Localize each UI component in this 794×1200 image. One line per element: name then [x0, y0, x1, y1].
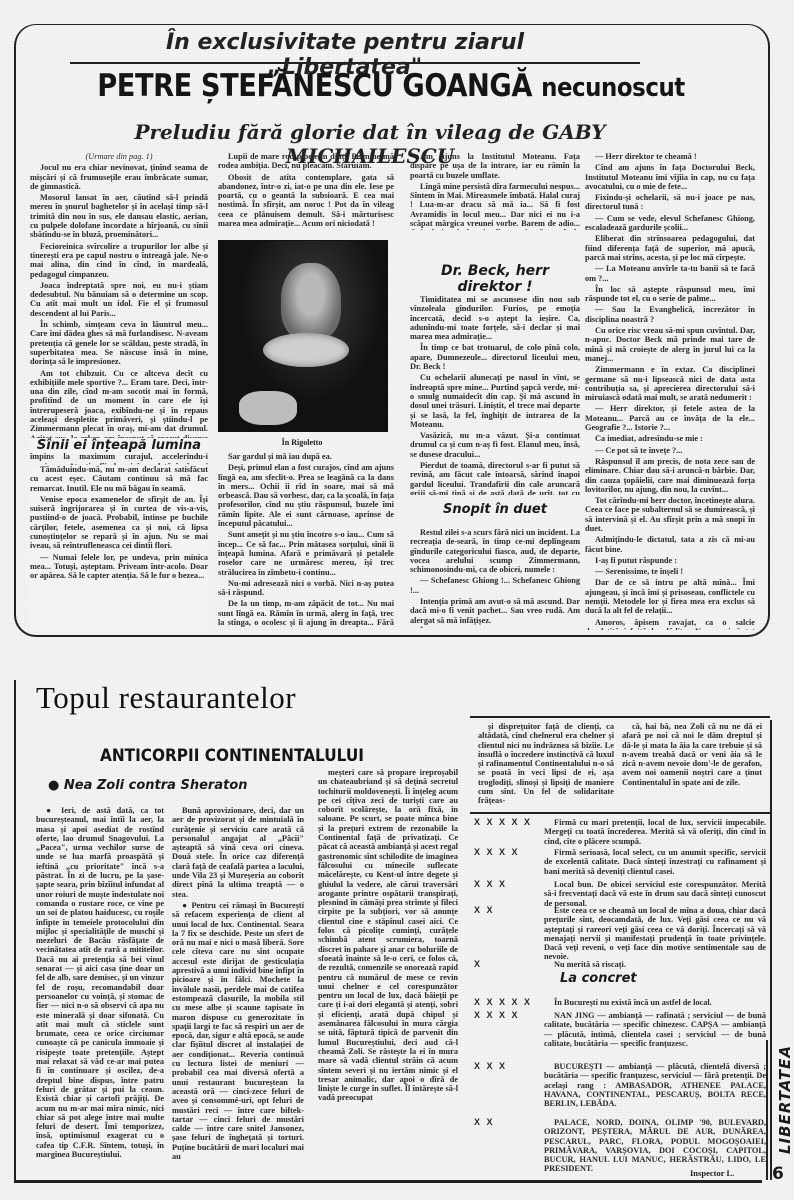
rating-stars: X X X X X [474, 998, 544, 1007]
section-subhead: La concret [560, 971, 637, 986]
restaurant-rating-row: X X PALACE, NORD, DOINA, OLIMP '90, BULE… [474, 1118, 766, 1174]
article-column-1: ● Ieri, de astă dată, ca tot bucureștean… [36, 806, 164, 1176]
paragraph: De la un timp, m-am zăpăcit de tot... Nu… [218, 599, 394, 628]
paragraph: Zimmermann e în extaz. Ca disciplinei ge… [585, 365, 755, 402]
rating-stars: X X [474, 906, 544, 962]
divider [470, 812, 770, 814]
page-number: 6 [772, 1164, 784, 1184]
restaurant-rating-row: X X X X X În București nu există încă un… [474, 998, 766, 1007]
article-headline: PETRE ȘTEFĂNESCU GOANGĂ necunoscut [97, 68, 643, 104]
headline-main: PETRE ȘTEFĂNESCU GOANGĂ [97, 68, 532, 104]
rating-stars: X [474, 960, 544, 969]
bullet-icon: ● [48, 778, 59, 793]
paragraph: Admițîndu-le dictatul, tata a zis că mi-… [585, 535, 755, 554]
paragraph: — La Moteanu anvîrle ta-tu banii să te f… [585, 264, 755, 283]
paragraph: În capul scării, fidelul simbetelor mele… [410, 627, 580, 628]
article-column-4: — Herr direktor te cheamă ! Cînd am ajun… [585, 152, 755, 630]
rating-stars: X X X X [474, 1011, 544, 1048]
rating-legend-row: X X X Local bun. De obicei serviciul est… [474, 880, 766, 908]
paragraph: Lupii de mare rod pipele în dinți. Pe mi… [218, 152, 394, 171]
paragraph: Restul zilei s-a scurs fără nici un inci… [410, 528, 580, 574]
article-column-3: meșteri care să propare ireproșabil un c… [318, 768, 458, 1176]
paragraph: Tot cărîndu-mi herr doctor, încetinește … [585, 496, 755, 533]
photo-face [281, 263, 341, 341]
kicker-text: Nea Zoli contra Sheraton [64, 778, 248, 793]
paragraph: — Herr direktor, și fetele astea de la M… [585, 404, 755, 432]
paragraph: Am ajuns la Institutul Moteanu. Fața dis… [410, 152, 580, 180]
paragraph: Jocul nu era chiar nevinovat, ținînd sea… [30, 163, 208, 191]
portrait-photo [218, 240, 388, 432]
article-column-2: Bună aprovizionare, deci, dar un aer de … [172, 806, 304, 1176]
paragraph: Dar de ce să intru pe altă mînă... Îmi a… [585, 578, 755, 615]
paragraph: Timiditatea mi se ascunsese din nou sub … [410, 295, 580, 341]
rating-description: Nu merită să riscați. [544, 960, 766, 969]
paragraph: ● Pentru cei rămași în București să refa… [172, 901, 304, 1161]
paragraph: Mosorul lansat în aer, căutînd să-l prin… [30, 193, 208, 239]
paragraph: Joaca îndreptată spre noi, eu nu-i știam… [30, 281, 208, 318]
paragraph: — Herr direktor te cheamă ! [585, 152, 755, 161]
paragraph: că, hai bă, nea Zoli că nu ne dă ei afar… [622, 722, 762, 787]
paragraph: Sar gardul și mă iau după ea. [218, 452, 394, 461]
paragraph: I-aș fi putut răspunde : [585, 556, 755, 565]
rating-description: În București nu există încă un astfel de… [544, 998, 766, 1007]
paragraph: — Cum se vede, elevul Schefanesc Ghiong,… [585, 214, 755, 233]
rating-description: Local bun. De obicei serviciul este core… [544, 880, 766, 908]
paragraph: Intenția primă am avut-o să mă ascund. D… [410, 597, 580, 625]
rating-stars: X X X [474, 1062, 544, 1108]
rating-legend-row: X Nu merită să riscați. [474, 960, 766, 969]
rating-legend-row: X X Este ceea ce se cheamă un local de m… [474, 906, 766, 962]
article-column-4: și disprețuitor față de clienți, ca altă… [478, 722, 614, 812]
paragraph: Bună aprovizionare, deci, dar un aer de … [172, 806, 304, 899]
paragraph: În timp ce bat trotuarul, de colo pînă c… [410, 343, 580, 371]
paragraph: Cu ochelarii alunecați pe nasul în vînt,… [410, 373, 580, 429]
paragraph: Deși, primul elan a fost curajos, cînd a… [218, 463, 394, 528]
article-column-3-end: Restul zilei s-a scurs fără nici un inci… [410, 528, 580, 628]
article-column-5: că, hai bă, nea Zoli că nu ne dă ei afar… [622, 722, 762, 812]
rating-stars: X X X [474, 880, 544, 908]
paragraph: În schimb, simțeam ceva în lăuntrul meu.… [30, 320, 208, 366]
section-subhead: Dr. Beck, herr direktor ! [410, 263, 580, 295]
paragraph: Obosit de atîta contemplare, gata să aba… [218, 173, 394, 229]
restaurant-rating-row: X X X BUCUREȘTI — ambianță — plăcută, cl… [474, 1062, 766, 1108]
rating-legend-row: X X X X X Firmă cu mari pretenții, local… [474, 818, 766, 846]
article-column-3-cont: Timiditatea mi se ascunsese din nou sub … [410, 295, 580, 495]
paragraph: Răspunsul îl am precis, de nota zece sau… [585, 457, 755, 494]
rating-description: NAN JING — ambianță — rafinată ; servici… [544, 1011, 766, 1048]
paragraph: — Ce pot să te învețe ?... [585, 446, 755, 455]
article-column-2: Lupii de mare rod pipele în dinți. Pe mi… [218, 152, 394, 232]
rating-legend-row: X X X X Firmă serioasă, local select, cu… [474, 848, 766, 876]
paragraph: — Schefanesc Ghiong !... Schefanesc Ghio… [410, 576, 580, 595]
rating-description: Firmă serioasă, local select, cu un anum… [544, 848, 766, 876]
photo-collar [263, 333, 349, 367]
paragraph: și disprețuitor față de clienți, ca altă… [478, 722, 614, 806]
photo-hands [239, 391, 297, 425]
paragraph: Sunt amețit și nu știu încotro s-o iau..… [218, 530, 394, 576]
author-signature: Inspector L. [690, 1168, 734, 1178]
paragraph: ● Ieri, de astă dată, ca tot bucureștean… [36, 806, 164, 1159]
rating-description: PALACE, NORD, DOINA, OLIMP '90, BULEVARD… [544, 1118, 766, 1174]
rating-stars: X X X X X [474, 818, 544, 846]
rating-description: Firmă cu mari pretenții, local de lux, s… [544, 818, 766, 846]
paragraph: Fecioreinica svîrcolire a trupurilor lor… [30, 242, 208, 279]
paragraph: Vasăzică, nu m-a văzut. Și-a continuat d… [410, 431, 580, 459]
paragraph: Fixîndu-și ochelarii, să nu-i joace pe n… [585, 193, 755, 212]
paragraph: În loc să aștepte răspunsul meu, îmi răs… [585, 285, 755, 304]
rating-stars: X X X X [474, 848, 544, 876]
paragraph: Eliberat din strînsoarea pedagogului, da… [585, 234, 755, 262]
article-column-3: Am ajuns la Institutul Moteanu. Fața dis… [410, 152, 580, 230]
section-title: Topul restaurantelor [36, 680, 296, 716]
kicker-divider [70, 62, 640, 64]
paragraph: Tămăduindu-mă, nu m-am declarat satisfăc… [30, 465, 208, 493]
article-column-1-cont: Tămăduindu-mă, nu m-am declarat satisfăc… [30, 465, 208, 630]
section-subhead: Snopit în duet [410, 502, 580, 517]
paragraph: Venise epoca examenelor de sfîrșit de an… [30, 495, 208, 551]
paragraph: Nu-mi adresează nici o vorbă. Nici n-aș … [218, 579, 394, 598]
paragraph: Ca imediat, adresîndu-se mie : [585, 434, 755, 443]
paragraph: meșteri care să propare ireproșabil un c… [318, 768, 458, 1103]
rating-description: Este ceea ce se cheamă un local de mîna … [544, 906, 766, 962]
section-subhead: Sînii ei înțeapă lumina [30, 438, 208, 453]
paragraph: Cînd am ajuns în fața Doctorului Beck, I… [585, 163, 755, 191]
divider [470, 716, 770, 718]
paragraph: Pierdut de toamă, directorul s-ar fi put… [410, 461, 580, 495]
continued-note: (Urmare din pag. 1) [30, 152, 208, 161]
paragraph: Lîngă mine persistă dîra farmecului nesp… [410, 182, 580, 230]
vertical-masthead: LIBERTATEA [770, 1040, 794, 1160]
headline-tail: necunoscut [541, 73, 685, 103]
rating-description: BUCUREȘTI — ambianță — plăcută, clientel… [544, 1062, 766, 1108]
paragraph: — Serenissime, te înșeli ! [585, 567, 755, 576]
article-column-2-cont: Sar gardul și mă iau după ea. Deși, prim… [218, 452, 394, 628]
masthead-text: LIBERTATEA [776, 1044, 794, 1154]
masthead-divider [766, 1040, 768, 1180]
rating-stars: X X [474, 1118, 544, 1174]
paragraph: — Sau la Evanghelică, încrezător în disc… [585, 305, 755, 324]
restaurant-rating-row: X X X X NAN JING — ambianță — rafinată ;… [474, 1011, 766, 1048]
paragraph: Cu orice risc vreau să-mi spun cuvîntul.… [585, 326, 755, 363]
paragraph: Amoros, ăpisem ravajat, ca o salcie desp… [585, 618, 755, 630]
paragraph: — Numai felele lor, pe undeva, prin mini… [30, 553, 208, 581]
photo-caption: În Rigoletto [218, 438, 386, 447]
article-headline: ANTICORPII CONTINENTALULUI [100, 746, 364, 766]
article-kicker: ● Nea Zoli contra Sheraton [48, 778, 248, 793]
